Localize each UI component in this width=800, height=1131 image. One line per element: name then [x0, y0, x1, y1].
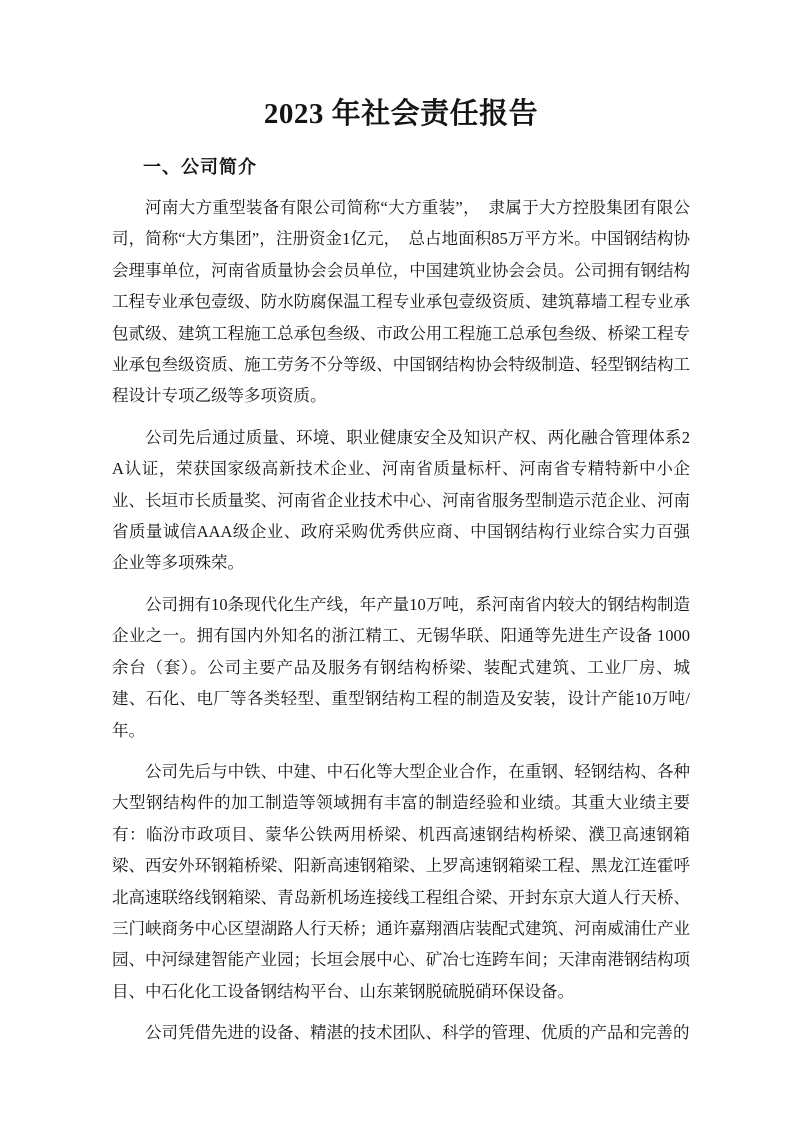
paragraph-company-overview: 河南大方重型装备有限公司简称“大方重装”， 隶属于大方控股集团有限公司，简称“大… — [112, 192, 690, 412]
document-page: 2023 年社会责任报告 一、公司简介 河南大方重型装备有限公司简称“大方重装”… — [0, 0, 800, 1131]
section-heading-company-intro: 一、公司简介 — [143, 154, 690, 180]
paragraph-major-projects: 公司先后与中铁、中建、中石化等大型企业合作，在重钢、轻钢结构、各种大型钢结构件的… — [112, 756, 690, 1007]
document-title: 2023 年社会责任报告 — [112, 94, 690, 134]
paragraph-certifications-honors: 公司先后通过质量、环境、职业健康安全及知识产权、两化融合管理体系2A认证，荣获国… — [112, 422, 690, 579]
paragraph-production-capacity: 公司拥有10条现代化生产线，年产量10万吨，系河南省内较大的钢结构制造企业之一。… — [112, 589, 690, 746]
paragraph-company-strengths: 公司凭借先进的设备、精湛的技术团队、科学的管理、优质的产品和完善的 — [112, 1017, 690, 1048]
